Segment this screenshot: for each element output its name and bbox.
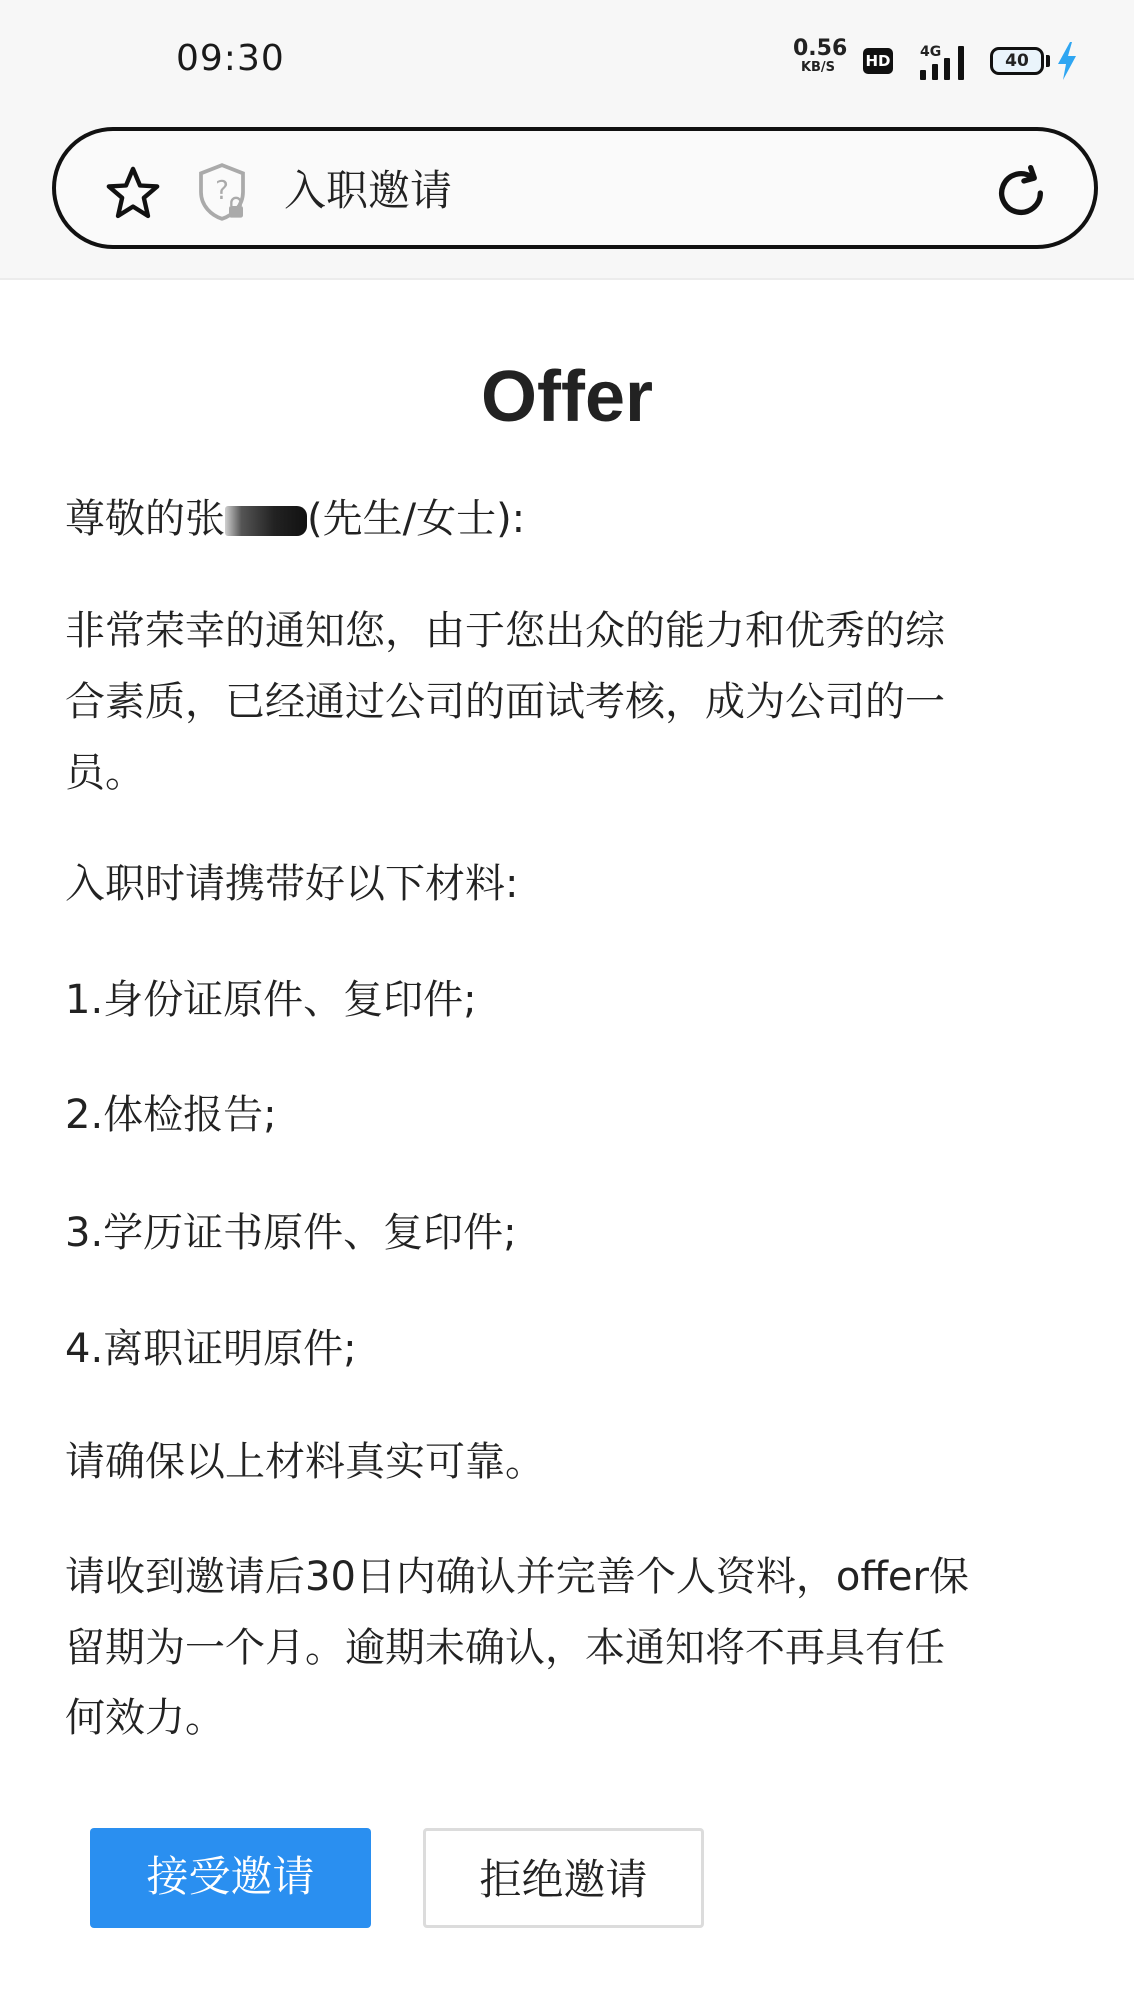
deadline-line: 何效力。 [65,1683,1075,1754]
network-speed: 0.56 KB/S [793,38,843,74]
status-time: 09:30 [176,38,285,79]
reload-icon[interactable] [992,164,1050,222]
charging-bolt-icon [1056,42,1078,80]
decline-invitation-button[interactable]: 拒绝邀请 [423,1828,704,1928]
material-item: 2.体检报告; [65,1080,1075,1151]
material-item: 4.离职证明原件; [65,1314,1075,1385]
network-type: 4G [920,44,941,60]
top-chrome: 09:30 0.56 KB/S HD 4G 40 ? 入职邀请 [0,0,1134,280]
address-bar[interactable]: ? 入职邀请 [52,127,1098,249]
greeting-suffix: (先生/女士): [307,496,525,542]
hd-badge-icon: HD [863,48,893,74]
deadline-line: 留期为一个月。逾期未确认，本通知将不再具有任 [65,1613,1075,1684]
accept-invitation-button[interactable]: 接受邀请 [90,1828,371,1928]
material-item: 3.学历证书原件、复印件; [65,1198,1075,1269]
network-speed-value: 0.56 [793,38,843,60]
star-icon[interactable] [104,164,162,222]
intro-line: 合素质，已经通过公司的面试考核，成为公司的一 [65,667,1075,738]
battery-icon: 40 [990,47,1044,75]
security-shield-icon[interactable]: ? [194,161,250,223]
authenticity-note: 请确保以上材料真实可靠。 [65,1427,1075,1498]
svg-text:?: ? [215,176,229,206]
greeting-prefix: 尊敬的张 [65,496,225,542]
greeting: 尊敬的张(先生/女士): [65,484,1075,555]
battery-tip [1046,55,1050,67]
cellular-signal-icon: 4G [912,44,974,80]
page-title: 入职邀请 [284,161,452,221]
redacted-name [225,506,307,536]
material-item: 1.身份证原件、复印件; [65,965,1075,1036]
deadline-line: 请收到邀请后30日内确认并完善个人资料，offer保 [65,1542,1075,1613]
intro-line: 非常荣幸的通知您，由于您出众的能力和优秀的综 [65,596,1075,667]
network-speed-unit: KB/S [793,61,843,74]
intro-line: 员。 [65,738,1075,809]
materials-heading: 入职时请携带好以下材料: [65,849,1075,920]
offer-title: Offer [0,356,1134,438]
